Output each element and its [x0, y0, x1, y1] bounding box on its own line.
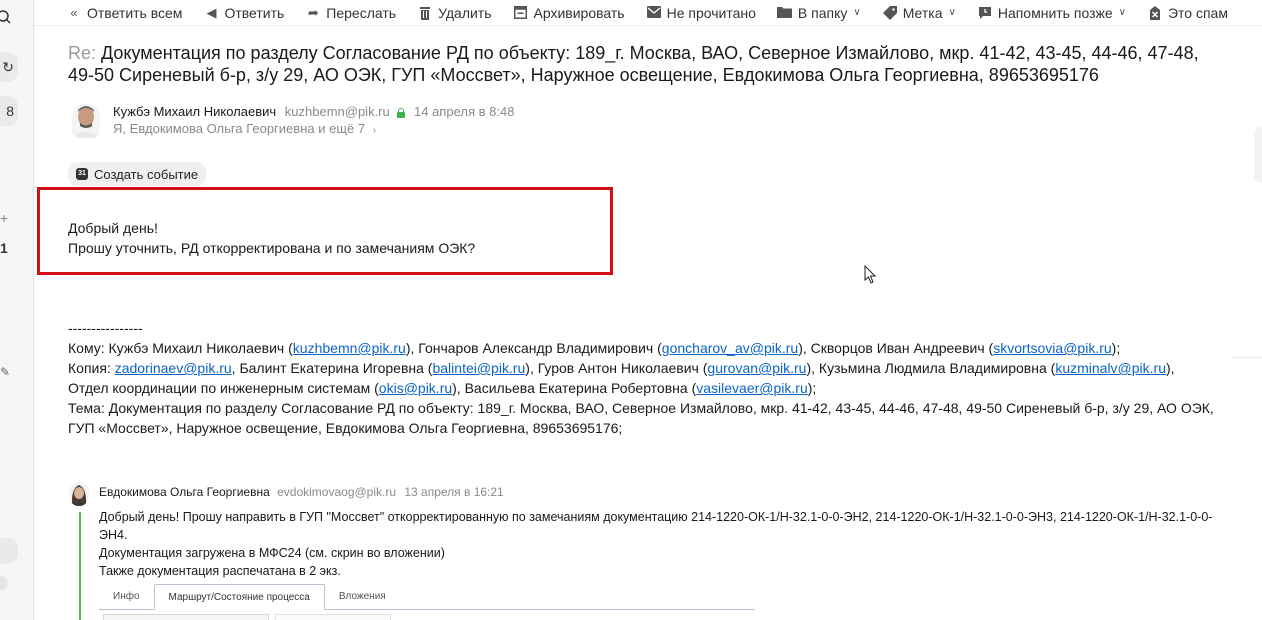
subject-prefix: Re:	[68, 43, 96, 63]
reply-button[interactable]: ◀ Ответить	[203, 3, 284, 23]
chevron-down-icon: ∨	[1119, 7, 1126, 18]
refresh-icon: ↻	[2, 59, 14, 76]
sender-name[interactable]: Кужбэ Михаил Николаевич	[113, 104, 276, 119]
quoted-header: ---------------- Кому: Кужбэ Михаил Нико…	[68, 318, 1218, 438]
embedded-screenshot-tabs: Инфо Маршрут/Состояние процесса Вложения	[99, 584, 755, 610]
reply-all-button[interactable]: « Ответить всем	[66, 3, 182, 23]
tag-icon	[882, 6, 898, 20]
previous-sender-avatar[interactable]	[69, 482, 89, 506]
body-question: Прошу уточнить, РД откорректирована и по…	[68, 238, 475, 258]
previous-message-date: 13 апреля в 16:21	[404, 485, 503, 499]
quote-subject: Тема: Документация по разделу Согласован…	[68, 398, 1218, 438]
tab-attachments: Вложения	[325, 584, 400, 609]
recipients-text: Я, Евдокимова Ольга Георгиевна и ещё 7	[113, 121, 365, 136]
forward-icon: ➦	[305, 6, 321, 20]
previous-message-header: Евдокимова Ольга Георгиевна evdokimovaog…	[99, 485, 504, 499]
body-greeting: Добрый день!	[68, 218, 475, 238]
forward-button[interactable]: ➦ Переслать	[305, 3, 396, 23]
quote-separator: ----------------	[68, 318, 1218, 338]
folder-icon	[777, 6, 793, 20]
label-button[interactable]: Метка ∨	[882, 3, 956, 23]
envelope-icon	[646, 6, 662, 20]
spam-button[interactable]: Это спам	[1147, 3, 1228, 23]
add-icon[interactable]: +	[0, 210, 18, 226]
trash-icon	[417, 6, 433, 20]
left-rail: ↻ 8 + 1 ✎	[0, 0, 34, 620]
mouse-cursor-icon	[864, 265, 878, 285]
previous-sender-name[interactable]: Евдокимова Ольга Георгиевна	[99, 485, 270, 499]
folder-counter: 1	[0, 240, 18, 256]
tab-info: Инфо	[99, 584, 154, 609]
email-link[interactable]: skvortsovia@pik.ru	[993, 340, 1111, 356]
move-to-folder-button[interactable]: В папку ∨	[777, 3, 861, 23]
sender-avatar[interactable]	[72, 104, 100, 138]
message-subject: Re: Документация по разделу Согласование…	[68, 42, 1218, 86]
message-body: Добрый день! Прошу уточнить, РД откоррек…	[68, 218, 475, 258]
archive-button[interactable]: Архивировать	[513, 3, 625, 23]
reminder-icon	[977, 6, 993, 20]
email-link[interactable]: kuzhbemn@pik.ru	[293, 340, 406, 356]
reply-icon: ◀	[203, 6, 219, 20]
message-toolbar: « Ответить всем ◀ Ответить ➦ Переслать У…	[34, 0, 1262, 26]
quote-cc: Копия: zadorinaev@pik.ru, Балинт Екатери…	[68, 358, 1218, 398]
quote-to: Кому: Кужбэ Михаил Николаевич (kuzhbemn@…	[68, 338, 1218, 358]
chevron-down-icon: ∨	[949, 7, 956, 18]
previous-message-body: Добрый день! Прошу направить в ГУП "Мосс…	[99, 508, 1229, 580]
email-link[interactable]: gurovan@pik.ru	[707, 360, 806, 376]
rail-settings-button[interactable]	[0, 538, 18, 564]
create-event-button[interactable]: 31 Создать событие	[68, 162, 206, 186]
chevron-down-icon: ∨	[853, 7, 860, 18]
search-icon[interactable]	[0, 10, 18, 24]
reply-all-icon: «	[66, 6, 82, 20]
spam-icon	[1147, 6, 1163, 20]
inbox-count: 8	[6, 103, 14, 119]
subject-text: Документация по разделу Согласование РД …	[68, 43, 1199, 85]
mark-unread-button[interactable]: Не прочитано	[646, 3, 756, 23]
lock-icon	[397, 108, 405, 117]
chevron-right-icon: ›	[373, 125, 376, 136]
quote-bar	[79, 512, 81, 620]
email-link[interactable]: zadorinaev@pik.ru	[115, 360, 232, 376]
archive-icon	[513, 6, 529, 20]
embedded-panel	[275, 614, 391, 620]
sender-line: Кужбэ Михаил Николаевич kuzhbemn@pik.ru …	[113, 104, 514, 119]
remind-later-button[interactable]: Напомнить позже ∨	[977, 3, 1126, 23]
email-link[interactable]: okis@pik.ru	[379, 380, 452, 396]
divider	[1232, 357, 1262, 358]
tab-route-status: Маршрут/Состояние процесса	[154, 584, 325, 610]
email-link[interactable]: balintei@pik.ru	[432, 360, 525, 376]
email-link[interactable]: kuzminalv@pik.ru	[1055, 360, 1166, 376]
delete-button[interactable]: Удалить	[417, 3, 491, 23]
recipients-toggle[interactable]: Я, Евдокимова Ольга Георгиевна и ещё 7 ›	[113, 121, 376, 136]
calendar-icon: 31	[76, 168, 88, 180]
attachment-filter-icon[interactable]: ✎	[0, 365, 18, 379]
inbox-count-badge[interactable]: 8	[0, 96, 18, 126]
rail-more-icon[interactable]	[0, 576, 8, 590]
email-link[interactable]: goncharov_av@pik.ru	[662, 340, 798, 356]
sender-email[interactable]: kuzhbemn@pik.ru	[285, 104, 390, 119]
right-panel-handle[interactable]	[1254, 127, 1262, 183]
refresh-button[interactable]: ↻	[0, 52, 18, 82]
email-link[interactable]: vasilevaer@pik.ru	[696, 380, 807, 396]
message-date: 14 апреля в 8:48	[414, 104, 514, 119]
previous-sender-email[interactable]: evdokimovaog@pik.ru	[277, 485, 396, 499]
embedded-panel	[103, 614, 269, 620]
